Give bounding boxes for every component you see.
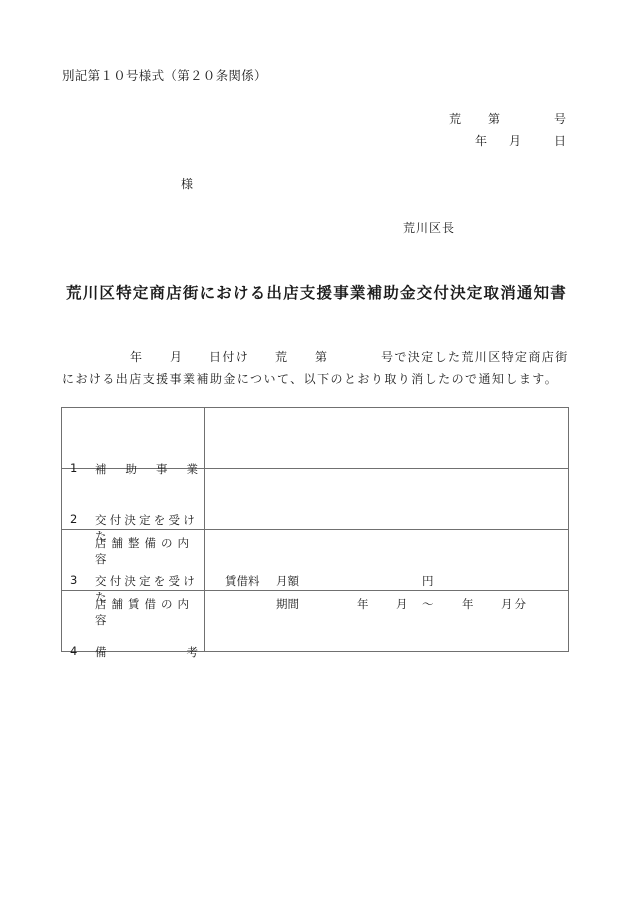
label-char: 備: [95, 644, 107, 660]
details-table: 1 補 助 事 業 2 交付決定を受けた 店舗整備の内容 3 交: [61, 407, 569, 652]
row-number: 3: [70, 573, 77, 587]
table-row-remarks: 4 備 考: [62, 591, 569, 652]
document-title: 荒川区特定商店街における出店支援事業補助金交付決定取消通知書: [66, 281, 567, 303]
table-row-subsidy-project: 1 補 助 事 業: [62, 408, 569, 469]
rent-label: 賃借料: [225, 573, 260, 589]
monthly-label: 月額: [276, 573, 299, 589]
row-number: 4: [70, 644, 77, 658]
reference-dai: 第: [488, 110, 500, 127]
label-cell: 1 補 助 事 業: [62, 408, 205, 469]
body-line2: における出店支援事業補助金について、以下のとおり取り消したので通知します。: [62, 370, 558, 387]
label-cell: 2 交付決定を受けた 店舗整備の内容: [62, 469, 205, 530]
date-year: 年: [475, 132, 487, 149]
body-prefix: 荒: [275, 348, 288, 365]
subsidy-project-value[interactable]: [205, 408, 569, 469]
store-lease-value: 賃借料 月額 円 期間 年 月 ～ 年 月分: [205, 530, 569, 591]
body-line1-rest: 号で決定した荒川区特定商店街: [381, 348, 569, 365]
recipient-suffix: 様: [181, 175, 193, 192]
reference-prefix: 荒: [449, 110, 461, 127]
period-tilde: ～: [422, 596, 434, 612]
table-row-store-improvement: 2 交付決定を受けた 店舗整備の内容: [62, 469, 569, 530]
body-month: 月: [170, 348, 183, 365]
label-cell: 4 備 考: [62, 591, 205, 652]
label-cell: 3 交付決定を受けた 店舗賃借の内容: [62, 530, 205, 591]
body-dated: 日付け: [209, 348, 249, 365]
body-year: 年: [130, 348, 143, 365]
sender-name: 荒川区長: [403, 219, 455, 236]
row-label: 備 考: [95, 644, 198, 660]
row-number: 2: [70, 512, 77, 526]
period-end-year: 年: [462, 596, 474, 612]
body-dai: 第: [315, 348, 328, 365]
yen-unit: 円: [422, 573, 434, 589]
period-end-month: 月分: [501, 596, 528, 612]
period-start-year: 年: [357, 596, 369, 612]
table-row-store-lease: 3 交付決定を受けた 店舗賃借の内容 賃借料 月額 円 期間 年 月 ～ 年 月…: [62, 530, 569, 591]
date-month: 月: [509, 132, 521, 149]
label-char: 考: [187, 644, 199, 660]
period-label: 期間: [276, 596, 299, 612]
form-identifier: 別記第１０号様式（第２０条関係）: [62, 66, 267, 84]
date-day: 日: [554, 132, 566, 149]
reference-go: 号: [554, 110, 566, 127]
period-start-month: 月: [396, 596, 408, 612]
store-improvement-value[interactable]: [205, 469, 569, 530]
